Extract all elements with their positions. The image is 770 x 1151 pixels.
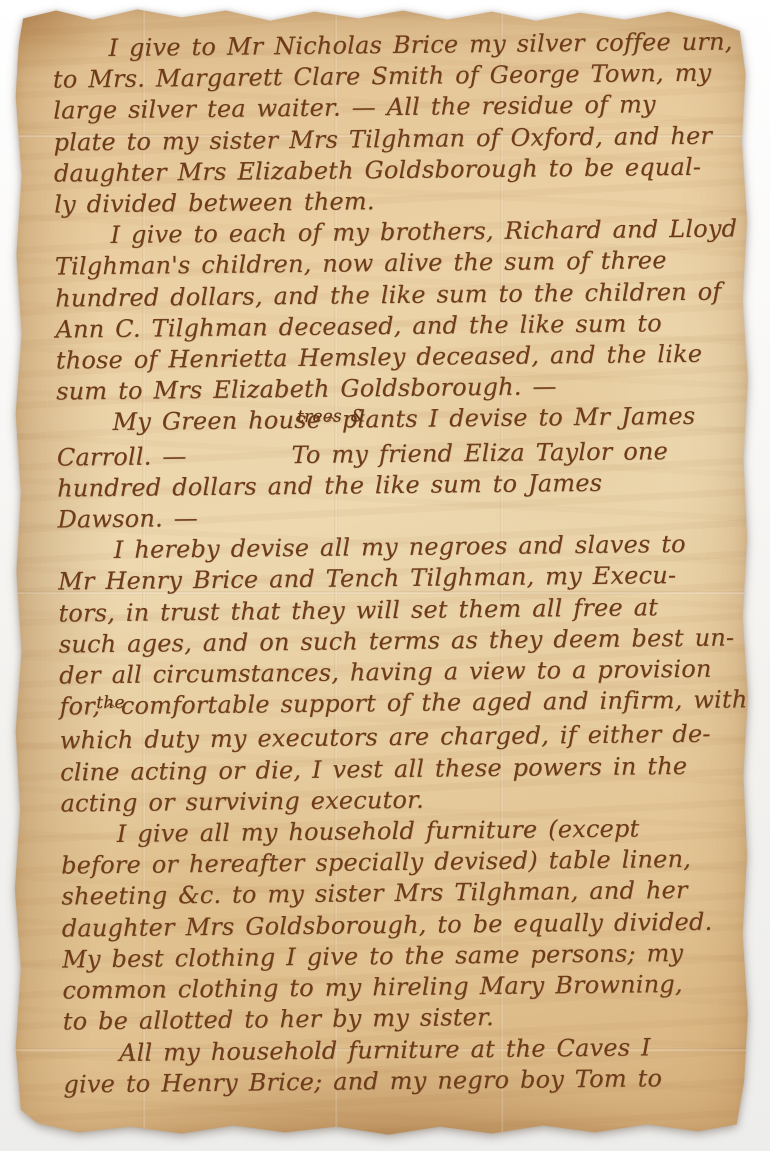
manuscript-line: give to Henry Brice; and my negro boy To… bbox=[63, 1062, 739, 1100]
paragraph-manumission: I hereby devise all my negroes and slave… bbox=[58, 529, 737, 820]
line-pre: for, bbox=[59, 692, 100, 720]
manuscript-paper-shadow: I give to Mr Nicholas Brice my silver co… bbox=[12, 6, 750, 1138]
paragraph-money-bequests: I give to each of my brothers, Richard a… bbox=[54, 214, 732, 408]
caret-insertion-mark: ^ bbox=[104, 700, 117, 718]
manuscript-paper: I give to Mr Nicholas Brice my silver co… bbox=[12, 6, 750, 1138]
inserted-text: trees &^ bbox=[321, 405, 342, 439]
paragraph-furniture-clothing: I give all my household furniture (excep… bbox=[61, 813, 740, 1101]
caret-insertion-mark: ^ bbox=[325, 414, 338, 432]
line-post: To my friend Eliza Taylor one bbox=[291, 437, 668, 469]
line-pre: Carroll. — bbox=[57, 442, 187, 471]
line-post: comfortable support of the aged and infi… bbox=[121, 686, 748, 721]
manuscript-text: I give to Mr Nicholas Brice my silver co… bbox=[52, 26, 739, 1100]
document-scan-stage: I give to Mr Nicholas Brice my silver co… bbox=[0, 0, 770, 1151]
inserted-text: the^ bbox=[100, 691, 121, 725]
paragraph-silver-bequests: I give to Mr Nicholas Brice my silver co… bbox=[52, 26, 730, 220]
line-pre: My Green house bbox=[112, 406, 321, 436]
line-post: plants I devise to Mr James bbox=[342, 402, 696, 434]
blank-space bbox=[187, 463, 292, 464]
paragraph-greenhouse-friends: My Green housetrees &^plants I devise to… bbox=[56, 401, 733, 536]
